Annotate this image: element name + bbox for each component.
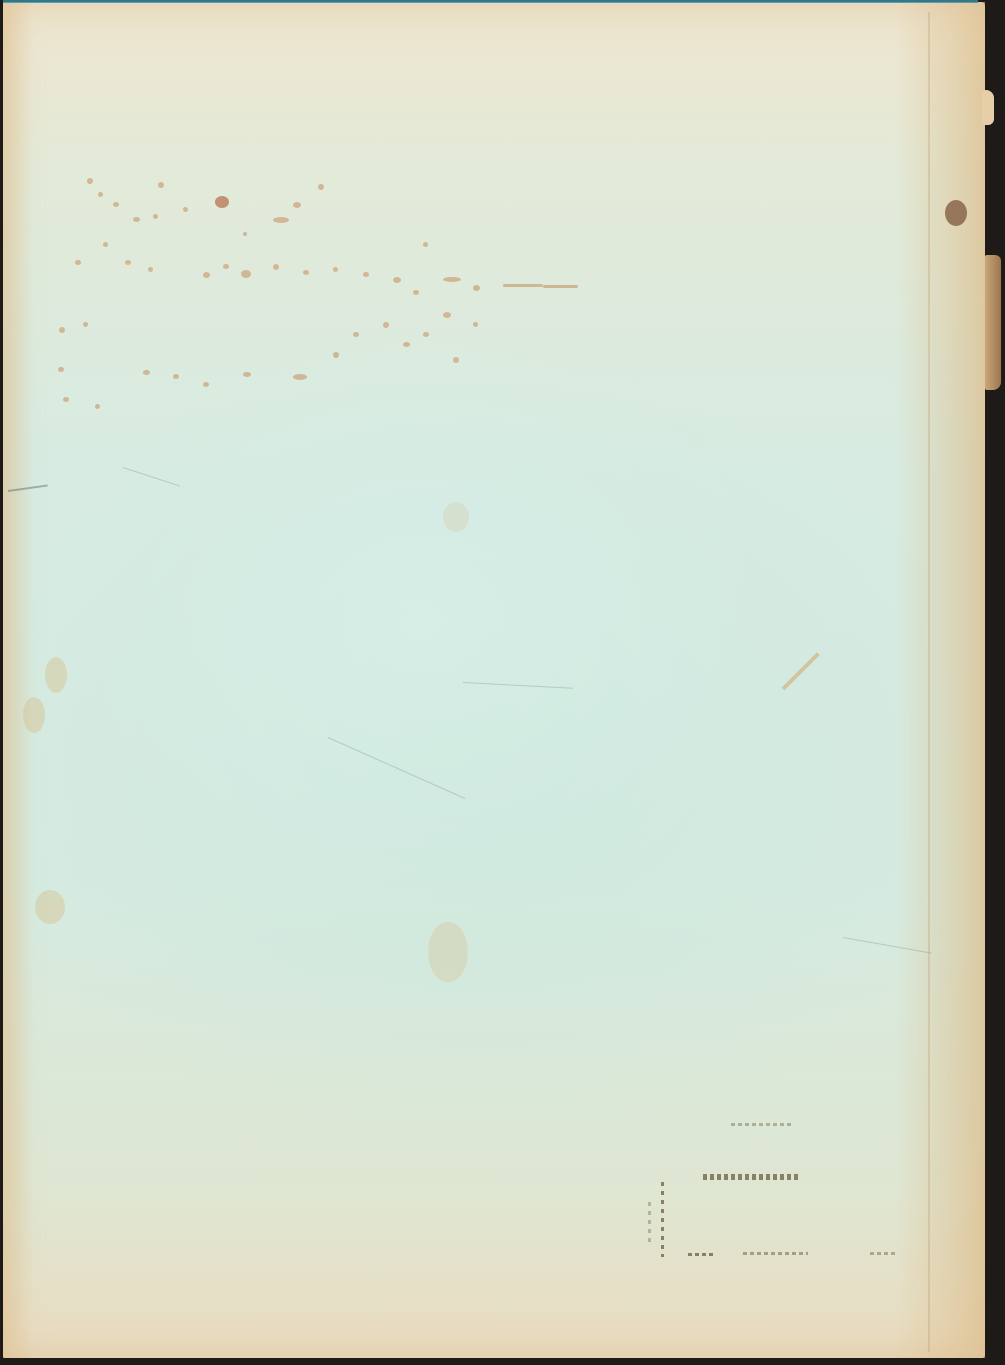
dark-stain-spot (945, 200, 967, 226)
torn-edge-fragment (982, 90, 994, 125)
torn-spine-flap (985, 255, 1001, 390)
spine-fold-line (928, 12, 930, 1352)
scanned-page (3, 2, 985, 1358)
top-edge-band (3, 0, 978, 3)
